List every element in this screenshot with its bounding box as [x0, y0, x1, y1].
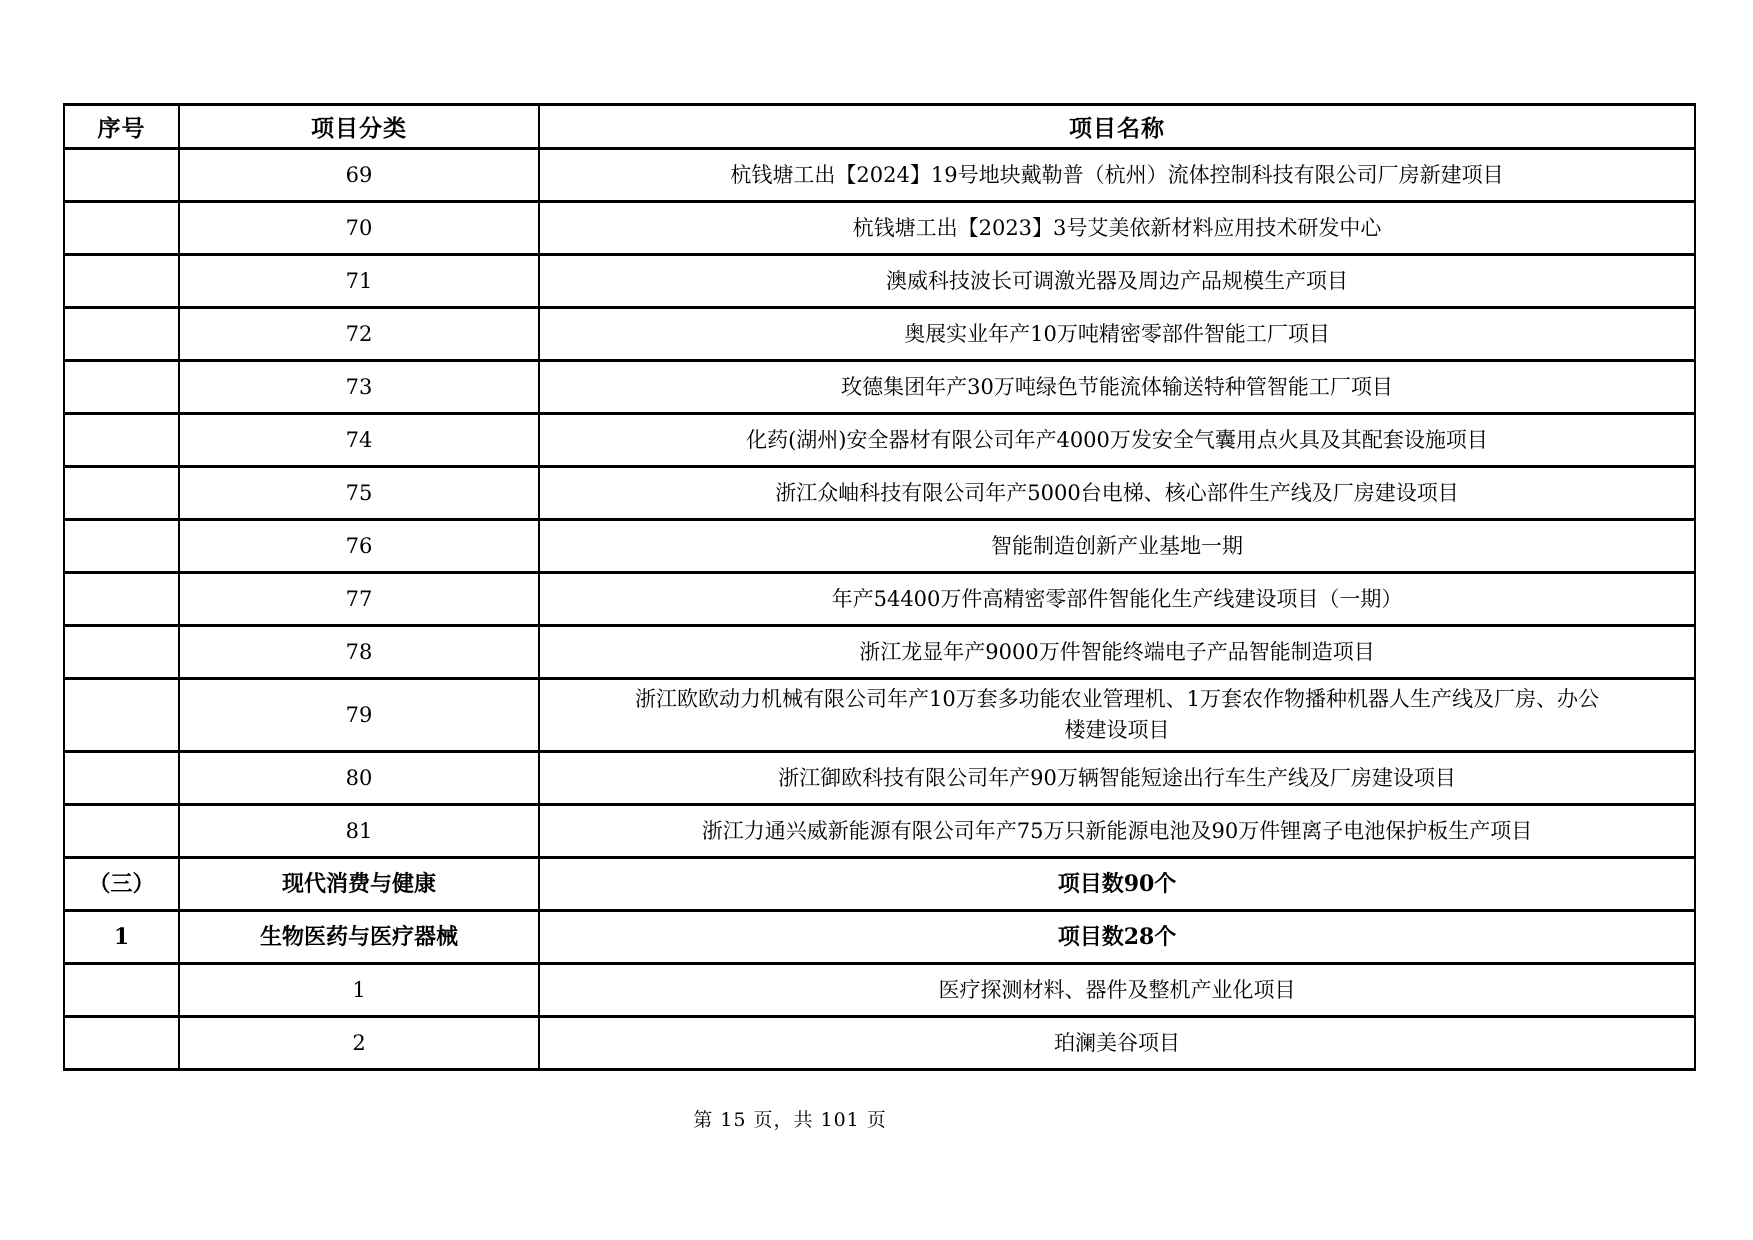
seq-cell: [64, 805, 179, 858]
category-cell: 78: [179, 626, 539, 679]
column-header-seq: 序号: [64, 105, 179, 149]
name-cell: 智能制造创新产业基地一期: [539, 520, 1695, 573]
name-cell: 浙江众岫科技有限公司年产5000台电梯、核心部件生产线及厂房建设项目: [539, 467, 1695, 520]
table-row: 81浙江力通兴威新能源有限公司年产75万只新能源电池及90万件锂离子电池保护板生…: [64, 805, 1695, 858]
seq-cell: [64, 679, 179, 752]
name-cell: 浙江欧欧动力机械有限公司年产10万套多功能农业管理机、1万套农作物播种机器人生产…: [539, 679, 1695, 752]
seq-cell: [64, 202, 179, 255]
seq-cell: [64, 467, 179, 520]
project-table: 序号 项目分类 项目名称 69杭钱塘工出【2024】19号地块戴勒普（杭州）流体…: [63, 103, 1696, 1071]
name-cell: 杭钱塘工出【2024】19号地块戴勒普（杭州）流体控制科技有限公司厂房新建项目: [539, 149, 1695, 202]
document-page: 序号 项目分类 项目名称 69杭钱塘工出【2024】19号地块戴勒普（杭州）流体…: [0, 0, 1753, 1240]
table-row: 78浙江龙显年产9000万件智能终端电子产品智能制造项目: [64, 626, 1695, 679]
table-row: 76智能制造创新产业基地一期: [64, 520, 1695, 573]
table-row: 75浙江众岫科技有限公司年产5000台电梯、核心部件生产线及厂房建设项目: [64, 467, 1695, 520]
name-cell: 浙江龙显年产9000万件智能终端电子产品智能制造项目: [539, 626, 1695, 679]
name-cell: 奥展实业年产10万吨精密零部件智能工厂项目: [539, 308, 1695, 361]
seq-cell: [64, 573, 179, 626]
name-cell: 项目数90个: [539, 858, 1695, 911]
table-row: 72奥展实业年产10万吨精密零部件智能工厂项目: [64, 308, 1695, 361]
name-cell: 浙江力通兴威新能源有限公司年产75万只新能源电池及90万件锂离子电池保护板生产项…: [539, 805, 1695, 858]
header-row: 序号 项目分类 项目名称: [64, 105, 1695, 149]
category-cell: 现代消费与健康: [179, 858, 539, 911]
category-cell: 81: [179, 805, 539, 858]
name-cell: 珀澜美谷项目: [539, 1017, 1695, 1070]
seq-cell: [64, 964, 179, 1017]
name-cell: 澳威科技波长可调激光器及周边产品规模生产项目: [539, 255, 1695, 308]
table-row: 69杭钱塘工出【2024】19号地块戴勒普（杭州）流体控制科技有限公司厂房新建项…: [64, 149, 1695, 202]
category-cell: 生物医药与医疗器械: [179, 911, 539, 964]
category-cell: 73: [179, 361, 539, 414]
category-cell: 76: [179, 520, 539, 573]
name-cell: 杭钱塘工出【2023】3号艾美依新材料应用技术研发中心: [539, 202, 1695, 255]
category-cell: 79: [179, 679, 539, 752]
category-cell: 80: [179, 752, 539, 805]
category-cell: 2: [179, 1017, 539, 1070]
category-cell: 71: [179, 255, 539, 308]
table-row: 77年产54400万件高精密零部件智能化生产线建设项目（一期）: [64, 573, 1695, 626]
name-cell: 医疗探测材料、器件及整机产业化项目: [539, 964, 1695, 1017]
name-cell: 化药(湖州)安全器材有限公司年产4000万发安全气囊用点火具及其配套设施项目: [539, 414, 1695, 467]
table-row: （三）现代消费与健康项目数90个: [64, 858, 1695, 911]
project-table-container: 序号 项目分类 项目名称 69杭钱塘工出【2024】19号地块戴勒普（杭州）流体…: [63, 103, 1694, 1071]
category-cell: 69: [179, 149, 539, 202]
table-row: 73玫德集团年产30万吨绿色节能流体输送特种管智能工厂项目: [64, 361, 1695, 414]
column-header-category: 项目分类: [179, 105, 539, 149]
seq-cell: [64, 361, 179, 414]
table-row: 70杭钱塘工出【2023】3号艾美依新材料应用技术研发中心: [64, 202, 1695, 255]
seq-cell: 1: [64, 911, 179, 964]
seq-cell: [64, 255, 179, 308]
seq-cell: [64, 520, 179, 573]
table-row: 1生物医药与医疗器械项目数28个: [64, 911, 1695, 964]
category-cell: 72: [179, 308, 539, 361]
page-number-footer: 第 15 页，共 101 页: [0, 1105, 1580, 1132]
category-cell: 74: [179, 414, 539, 467]
table-row: 2珀澜美谷项目: [64, 1017, 1695, 1070]
seq-cell: [64, 149, 179, 202]
seq-cell: [64, 1017, 179, 1070]
name-cell: 浙江御欧科技有限公司年产90万辆智能短途出行车生产线及厂房建设项目: [539, 752, 1695, 805]
table-row: 1医疗探测材料、器件及整机产业化项目: [64, 964, 1695, 1017]
name-cell: 年产54400万件高精密零部件智能化生产线建设项目（一期）: [539, 573, 1695, 626]
table-row: 74化药(湖州)安全器材有限公司年产4000万发安全气囊用点火具及其配套设施项目: [64, 414, 1695, 467]
seq-cell: [64, 308, 179, 361]
name-cell: 玫德集团年产30万吨绿色节能流体输送特种管智能工厂项目: [539, 361, 1695, 414]
seq-cell: [64, 752, 179, 805]
table-row: 80浙江御欧科技有限公司年产90万辆智能短途出行车生产线及厂房建设项目: [64, 752, 1695, 805]
column-header-name: 项目名称: [539, 105, 1695, 149]
seq-cell: （三）: [64, 858, 179, 911]
category-cell: 70: [179, 202, 539, 255]
table-row: 71澳威科技波长可调激光器及周边产品规模生产项目: [64, 255, 1695, 308]
category-cell: 77: [179, 573, 539, 626]
table-row: 79浙江欧欧动力机械有限公司年产10万套多功能农业管理机、1万套农作物播种机器人…: [64, 679, 1695, 752]
seq-cell: [64, 626, 179, 679]
category-cell: 1: [179, 964, 539, 1017]
name-cell: 项目数28个: [539, 911, 1695, 964]
category-cell: 75: [179, 467, 539, 520]
seq-cell: [64, 414, 179, 467]
